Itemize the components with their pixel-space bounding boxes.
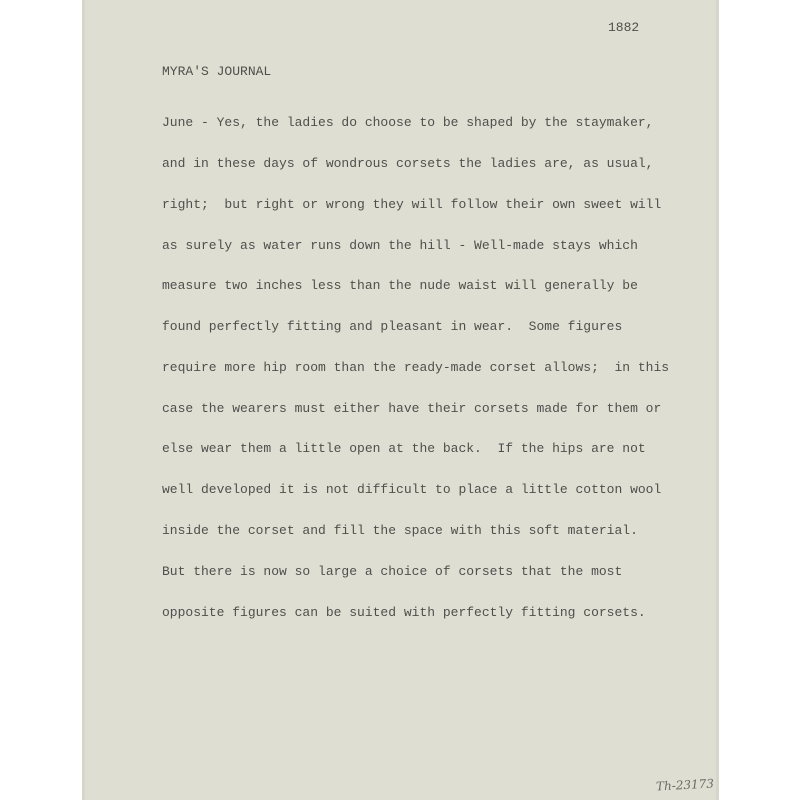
body-line: found perfectly fitting and pleasant in …: [162, 320, 669, 334]
document-title: MYRA'S JOURNAL: [162, 65, 271, 79]
document-body: June - Yes, the ladies do choose to be s…: [162, 89, 669, 646]
body-line: June - Yes, the ladies do choose to be s…: [162, 116, 669, 130]
body-line: case the wearers must either have their …: [162, 402, 669, 416]
body-line: else wear them a little open at the back…: [162, 442, 669, 456]
document-page: 1882 MYRA'S JOURNAL June - Yes, the ladi…: [82, 0, 719, 800]
body-line: opposite figures can be suited with perf…: [162, 606, 669, 620]
body-line: right; but right or wrong they will foll…: [162, 198, 669, 212]
body-line: well developed it is not difficult to pl…: [162, 483, 669, 497]
catalog-annotation: Th-23173: [656, 776, 715, 793]
body-line: But there is now so large a choice of co…: [162, 565, 669, 579]
body-line: and in these days of wondrous corsets th…: [162, 157, 669, 171]
body-line: inside the corset and fill the space wit…: [162, 524, 669, 538]
body-line: as surely as water runs down the hill - …: [162, 239, 669, 253]
body-line: require more hip room than the ready-mad…: [162, 361, 669, 375]
body-line: measure two inches less than the nude wa…: [162, 279, 669, 293]
document-year: 1882: [608, 21, 639, 35]
